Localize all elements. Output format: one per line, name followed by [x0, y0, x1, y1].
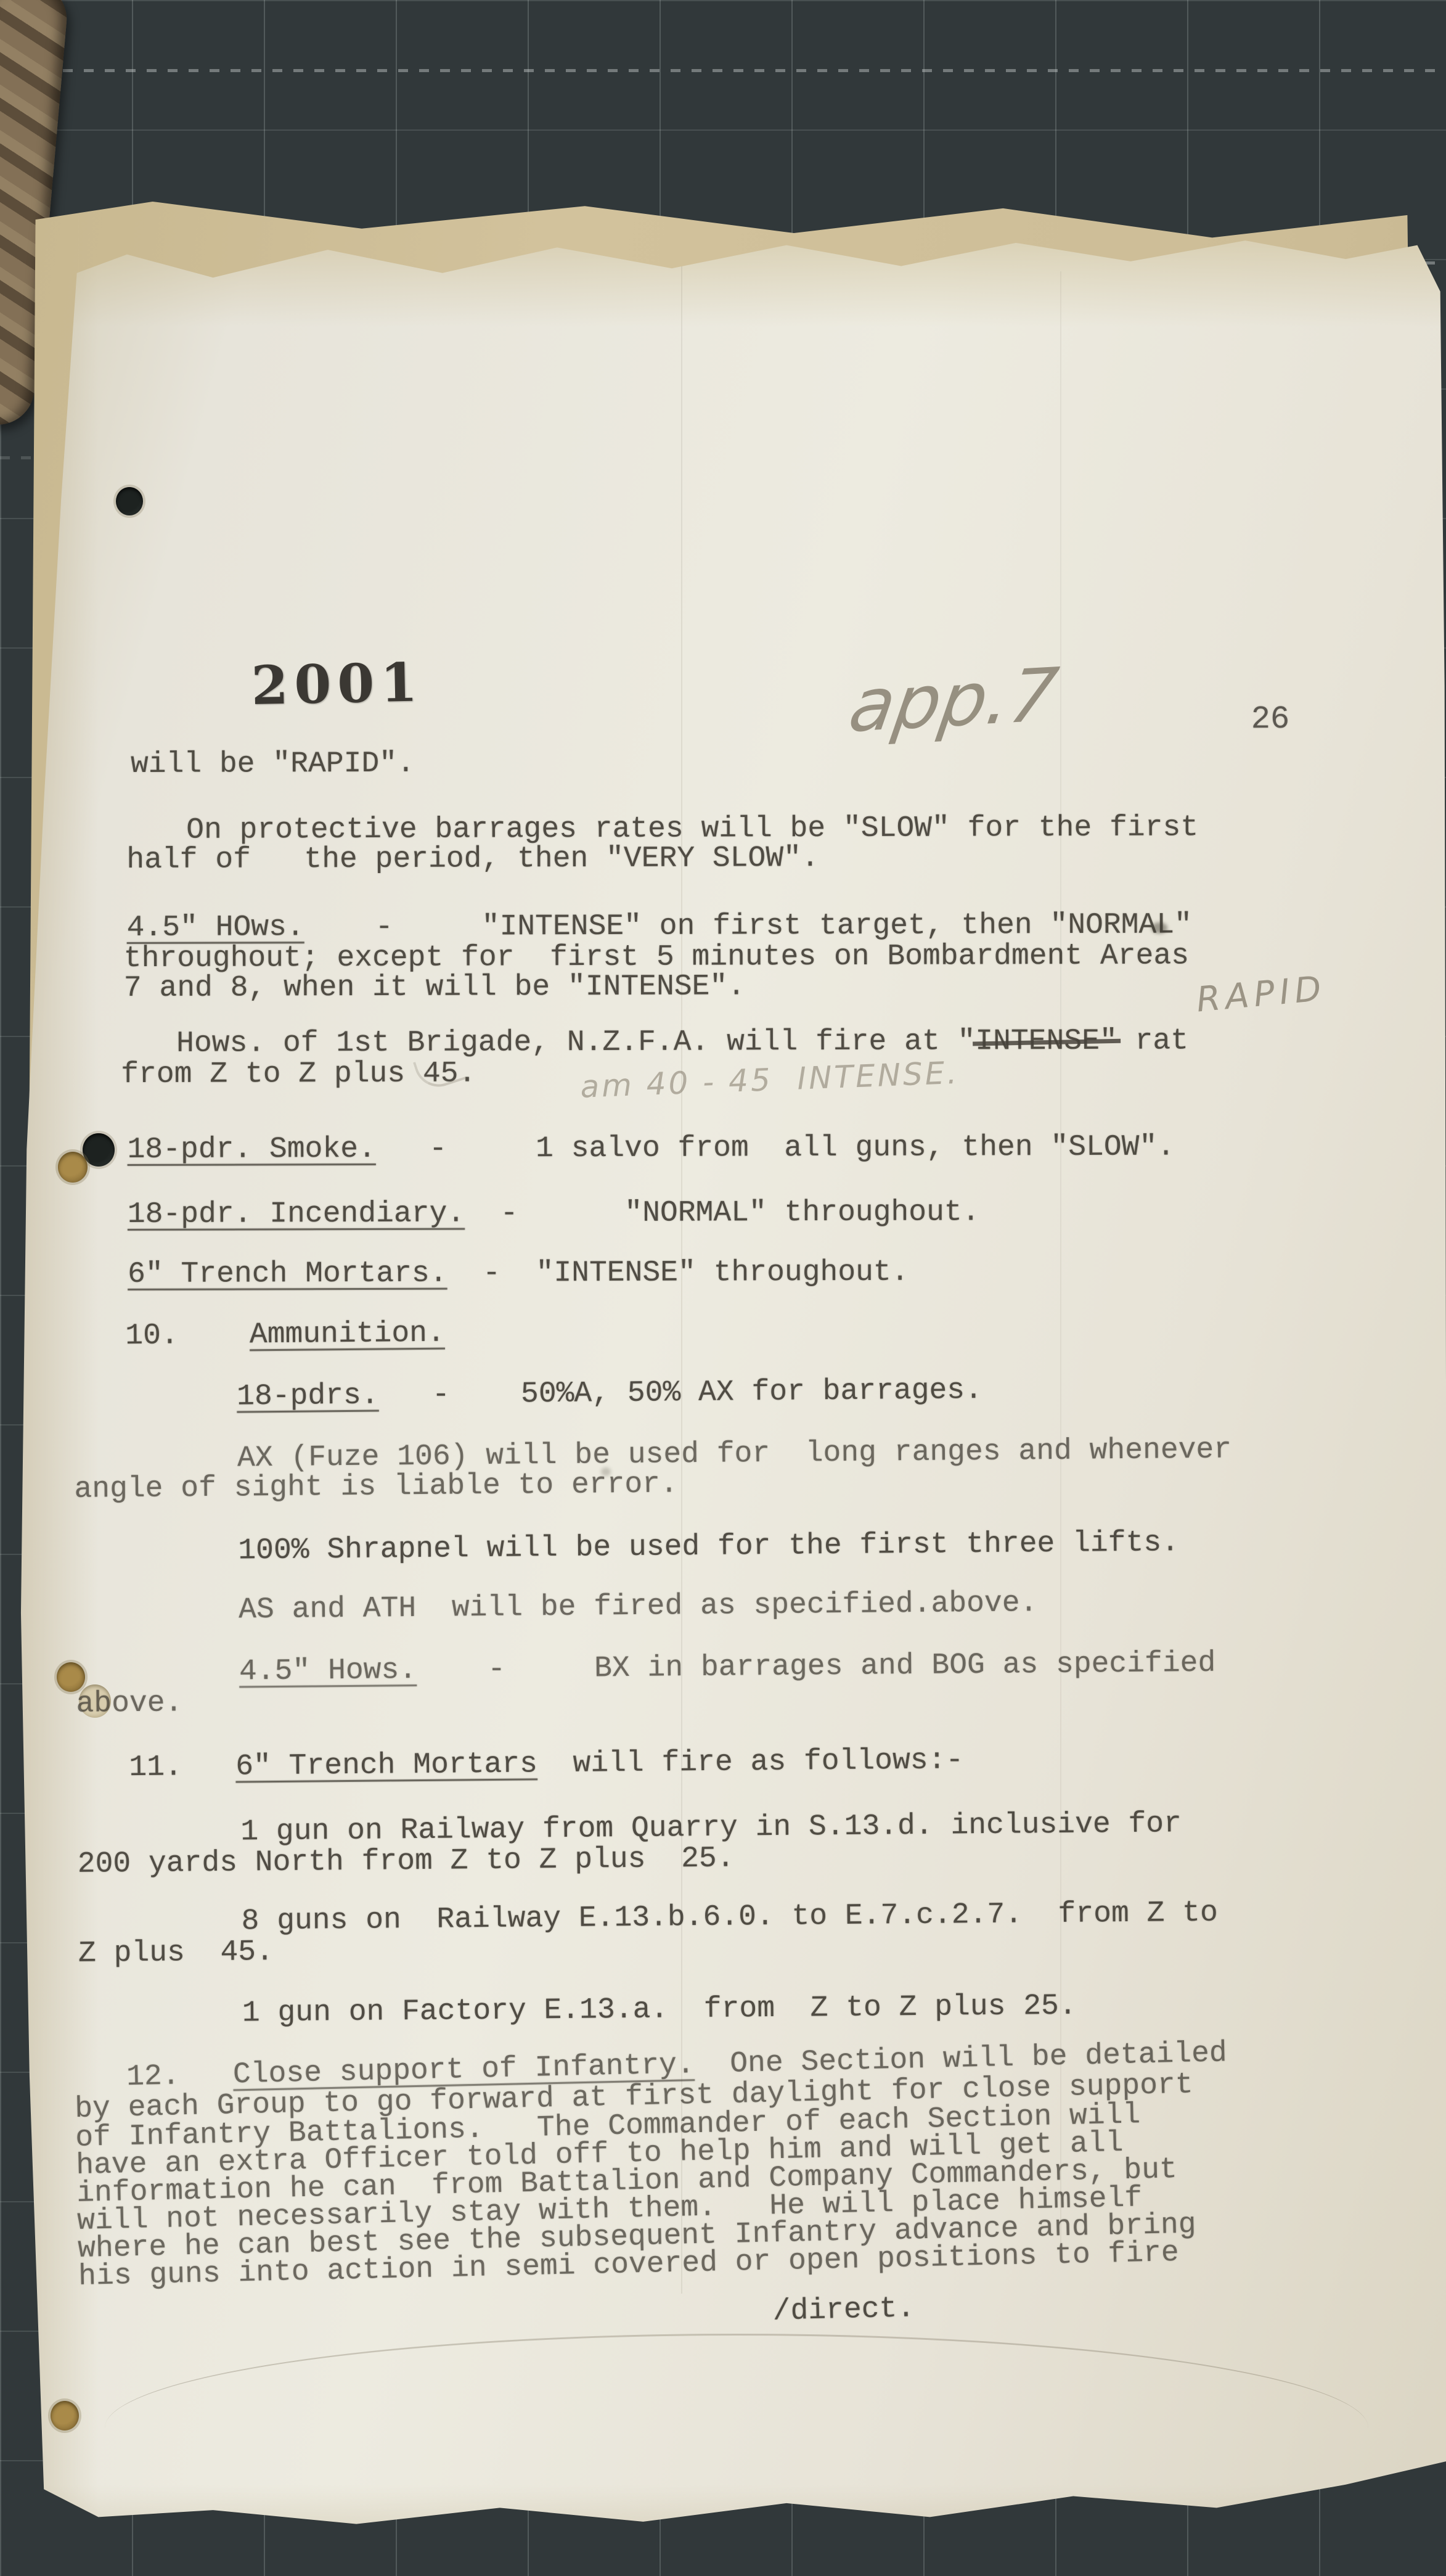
catchword: /direct.: [772, 2293, 915, 2327]
photograph-of-document: { "doc": { "stamp": "2001", "page_number…: [0, 0, 1446, 2576]
mat-stitch-row: [0, 69, 1446, 72]
section-number: 12.: [126, 2059, 181, 2094]
document-page: 2001 app.7 26 will be "RAPID". On protec…: [12, 222, 1446, 2540]
text-block-lower: 12. Close support of Infantry. One Secti…: [0, 193, 1446, 2542]
